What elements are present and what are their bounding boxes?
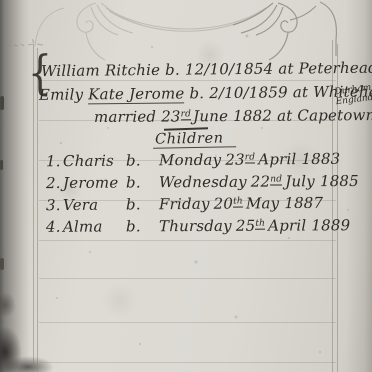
- register-page-photo: { William Ritchie b. 12/10/1854 at Peter…: [0, 0, 372, 372]
- child-name: Jerome: [63, 174, 126, 192]
- birth-day: Friday: [159, 195, 210, 213]
- child-number: 4.: [46, 218, 63, 236]
- born-abbr: b.: [126, 217, 159, 235]
- birth-month-year: May 1887: [246, 194, 323, 213]
- birth-day: Thursday: [159, 217, 232, 235]
- husband-entry: William Ritchie b. 12/10/1854 at Peterhe…: [41, 58, 372, 80]
- marriage-line: married 23rdJune 1882 at Capetown: [94, 106, 372, 126]
- born-abbr: b.: [126, 151, 159, 169]
- gutter-mark: [0, 160, 3, 170]
- husband-birth-details: b. 12/10/1854 at Peterhead Scotland: [165, 58, 372, 79]
- child-number: 3.: [46, 196, 63, 214]
- marriage-ordinal: rd: [181, 109, 192, 120]
- born-abbr: b.: [126, 173, 159, 191]
- birth-month-year: April 1889: [268, 216, 350, 234]
- wife-birthplace-note: Durham England: [334, 83, 372, 107]
- wife-entry: Emily Kate Jerome b. 2/10/1859 at Whiteh…: [39, 82, 372, 104]
- ruled-line: [39, 240, 336, 241]
- birth-date-num: 23: [225, 151, 245, 169]
- birth-date-num: 25: [236, 217, 256, 235]
- birth-day: Monday: [159, 151, 221, 170]
- children-heading: Children: [153, 130, 236, 148]
- child-row: 4.Almab.Thursday25thApril 1889: [46, 216, 350, 236]
- child-number: 2.: [46, 174, 63, 192]
- marriage-text: married 23: [94, 107, 181, 126]
- ruled-line: [39, 322, 336, 323]
- child-row: 1.Charisb.Monday23rdApril 1883: [46, 150, 341, 171]
- child-name: Charis: [63, 152, 126, 171]
- child-number: 1.: [46, 152, 63, 170]
- ruled-line: [39, 362, 336, 363]
- birth-ordinal: th: [255, 219, 265, 230]
- birth-date-num: 20: [214, 195, 234, 213]
- birth-ordinal: nd: [270, 174, 282, 185]
- wife-first-name: Emily: [39, 85, 83, 103]
- child-name: Alma: [63, 217, 126, 235]
- ruled-line: [39, 278, 336, 279]
- wife-underlined-name: Kate Jerome: [88, 84, 184, 104]
- birth-ordinal: th: [233, 196, 243, 207]
- gutter-mark: [0, 96, 4, 110]
- child-row: 2.Jeromeb.Wednesday22ndJuly 1885: [46, 172, 359, 192]
- birth-month-year: July 1885: [285, 172, 359, 191]
- birth-date-num: 22: [251, 173, 271, 191]
- ruled-line: [39, 80, 336, 81]
- child-row: 3.Verab.Friday20thMay 1887: [46, 194, 323, 214]
- husband-name: William Ritchie: [41, 61, 160, 80]
- birth-day: Wednesday: [159, 173, 247, 192]
- birth-ordinal: rd: [245, 152, 256, 163]
- flourish-dash: [164, 127, 208, 130]
- born-abbr: b.: [126, 195, 159, 213]
- gutter-mark: [0, 258, 4, 270]
- marriage-text-rest: June 1882 at Capetown: [193, 106, 372, 125]
- child-name: Vera: [63, 196, 126, 215]
- birth-month-year: April 1883: [258, 150, 340, 169]
